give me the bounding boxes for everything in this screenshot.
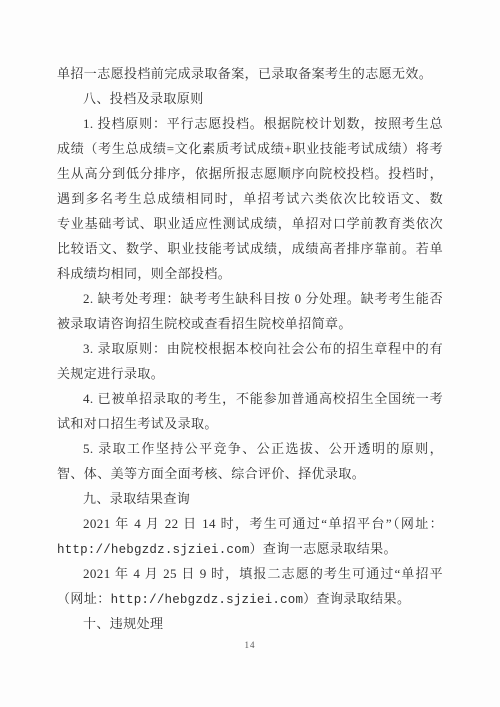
text-segment: 成绩（考生总成绩=文化素质考试成绩+职业技能考试成绩）将考 [57, 141, 443, 156]
paragraph-line: 单招一志愿投档前完成录取备案，已录取备案考生的志愿无效。 [57, 61, 443, 86]
document-page: 单招一志愿投档前完成录取备案，已录取备案考生的志愿无效。八、投档及录取原则1. … [0, 0, 500, 707]
text-segment: 被录取请咨询招生院校或查看招生院校单招简章。 [57, 316, 352, 331]
paragraph-line: 比较语文、数学、职业技能考试成绩，成绩高者排序靠前。若单 [57, 236, 443, 261]
url-text: http://hebgzdz.sjziei.com [57, 543, 250, 557]
paragraph-line: 智、体、美等方面全面考核、综合评价、择优录取。 [57, 461, 443, 486]
heading-line: 八、投档及录取原则 [57, 86, 443, 111]
url-text: http://hebgzdz.sjziei.com [111, 593, 304, 607]
paragraph-line: 遇到多名考生总成绩相同时，单招考试六类依次比较语文、数学、 [57, 186, 443, 211]
text-segment: 2021 年 4 月 25 日 9 时，填报二志愿的考生可通过“单招平台” [57, 566, 443, 586]
heading-line: 十、违规处理 [57, 611, 443, 636]
page-number: 14 [57, 640, 443, 650]
text-segment: 专业基础考试、职业适应性测试成绩，单招对口学前教育类依次 [57, 216, 443, 231]
paragraph-line: 2. 缺考处考理：缺考考生缺科目按 0 分处理。缺考考生能否 [57, 286, 443, 311]
paragraph-line: （网址：http://hebgzdz.sjziei.com）查询录取结果。 [57, 586, 443, 611]
text-segment: 八、投档及录取原则 [83, 91, 204, 106]
paragraph-line: 科成绩均相同，则全部投档。 [57, 261, 443, 286]
text-segment: 比较语文、数学、职业技能考试成绩，成绩高者排序靠前。若单 [57, 241, 443, 256]
heading-line: 九、录取结果查询 [57, 486, 443, 511]
text-segment: 智、体、美等方面全面考核、综合评价、择优录取。 [57, 466, 365, 481]
paragraph-line: 2021 年 4 月 22 日 14 时，考生可通过“单招平台”（网址： [57, 511, 443, 536]
text-segment: 遇到多名考生总成绩相同时，单招考试六类依次比较语文、数学、 [57, 191, 443, 211]
paragraph-line: 3. 录取原则：由院校根据本校向社会公布的招生章程中的有 [57, 336, 443, 361]
text-segment: 2021 年 4 月 22 日 14 时，考生可通过“单招平台”（网址： [83, 516, 443, 531]
text-segment: 3. 录取原则：由院校根据本校向社会公布的招生章程中的有 [83, 341, 443, 356]
text-segment: 4. 已被单招录取的考生，不能参加普通高校招生全国统一考 [83, 391, 443, 406]
paragraph-line: 2021 年 4 月 25 日 9 时，填报二志愿的考生可通过“单招平台” [57, 561, 443, 586]
paragraph-line: 被录取请咨询招生院校或查看招生院校单招简章。 [57, 311, 443, 336]
text-segment: 生从高分到低分排序，依据所报志愿顺序向院校投档。投档时， [57, 166, 443, 181]
text-segment: 2. 缺考处考理：缺考考生缺科目按 0 分处理。缺考考生能否 [83, 291, 443, 306]
document-text-body: 单招一志愿投档前完成录取备案，已录取备案考生的志愿无效。八、投档及录取原则1. … [57, 61, 443, 636]
text-segment: 科成绩均相同，则全部投档。 [57, 266, 231, 281]
paragraph-line: 5. 录取工作坚持公平竞争、公正选拔、公开透明的原则，德、 [57, 436, 443, 461]
paragraph-line: 1. 投档原则：平行志愿投档。根据院校计划数，按照考生总 [57, 111, 443, 136]
text-segment: 试和对口招生考试及录取。 [57, 416, 218, 431]
paragraph-line: 生从高分到低分排序，依据所报志愿顺序向院校投档。投档时， [57, 161, 443, 186]
paragraph-line: 成绩（考生总成绩=文化素质考试成绩+职业技能考试成绩）将考 [57, 136, 443, 161]
paragraph-line: 关规定进行录取。 [57, 361, 443, 386]
text-segment: ）查询录取结果。 [303, 591, 410, 606]
text-segment: 单招一志愿投档前完成录取备案，已录取备案考生的志愿无效。 [57, 66, 432, 81]
paragraph-line: http://hebgzdz.sjziei.com）查询一志愿录取结果。 [57, 536, 443, 561]
text-segment: 1. 投档原则：平行志愿投档。根据院校计划数，按照考生总 [83, 116, 443, 131]
text-segment: 九、录取结果查询 [83, 491, 190, 506]
paragraph-line: 试和对口招生考试及录取。 [57, 411, 443, 436]
paragraph-line: 专业基础考试、职业适应性测试成绩，单招对口学前教育类依次 [57, 211, 443, 236]
paragraph-line: 4. 已被单招录取的考生，不能参加普通高校招生全国统一考 [57, 386, 443, 411]
text-segment: 5. 录取工作坚持公平竞争、公正选拔、公开透明的原则，德、 [57, 441, 443, 461]
text-segment: ）查询一志愿录取结果。 [250, 541, 397, 556]
text-segment: 十、违规处理 [83, 616, 163, 631]
text-segment: （网址： [57, 591, 111, 606]
text-segment: 关规定进行录取。 [57, 366, 164, 381]
